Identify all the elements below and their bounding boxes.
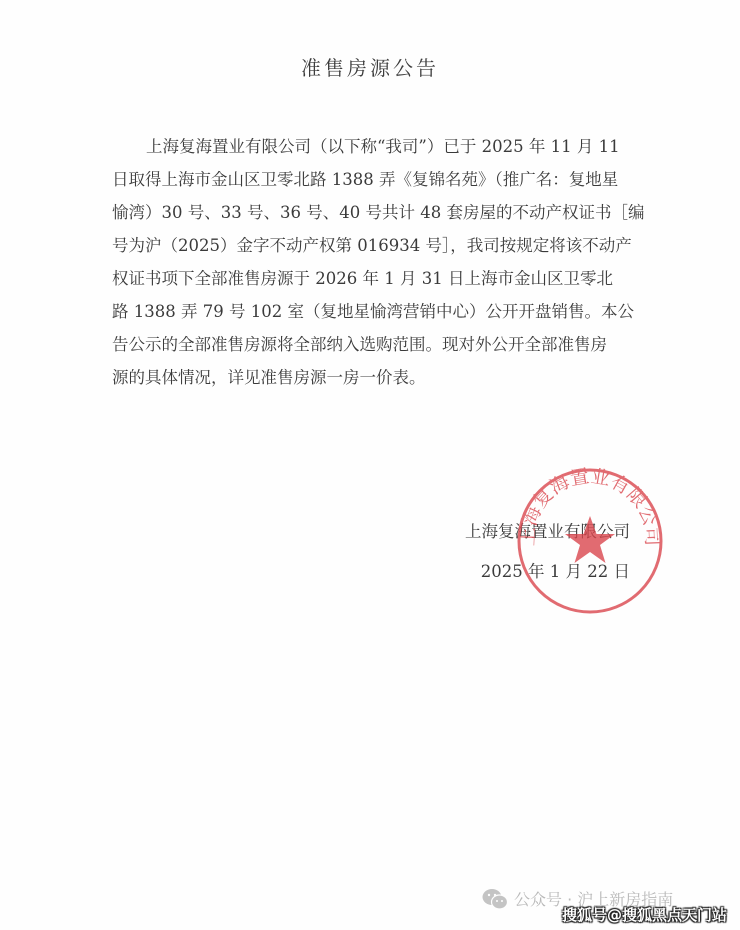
- page-title: 准售房源公告: [0, 52, 740, 81]
- body-line: 日取得上海市金山区卫零北路 1388 弄《复锦名苑》（推广名：复地星: [112, 163, 632, 196]
- announcement-body: 上海复海置业有限公司（以下称“我司”）已于 2025 年 11 月 11 日取得…: [112, 130, 632, 394]
- signature-company: 上海复海置业有限公司: [420, 518, 630, 542]
- body-line: 上海复海置业有限公司（以下称“我司”）已于 2025 年 11 月 11: [112, 130, 632, 163]
- wechat-icon: [482, 888, 508, 910]
- body-line: 号为沪（2025）金字不动产权第 016934 号］，我司按规定将该不动产: [112, 229, 632, 262]
- signature-date: 2025 年 1 月 22 日: [420, 558, 630, 582]
- sohu-watermark: 搜狐号@搜狐黑点天门站: [562, 904, 727, 925]
- document-page: 准售房源公告 上海复海置业有限公司（以下称“我司”）已于 2025 年 11 月…: [0, 0, 740, 930]
- body-line: 愉湾）30 号、33 号、36 号、40 号共计 48 套房屋的不动产权证书［编: [112, 196, 632, 229]
- body-line: 源的具体情况，详见准售房源一房一价表。: [112, 361, 632, 394]
- body-line: 权证书项下全部准售房源于 2026 年 1 月 31 日上海市金山区卫零北: [112, 262, 632, 295]
- body-line: 路 1388 弄 79 号 102 室（复地星愉湾营销中心）公开开盘销售。本公: [112, 295, 632, 328]
- body-line: 告公示的全部准售房源将全部纳入选购范围。现对外公开全部准售房: [112, 328, 632, 361]
